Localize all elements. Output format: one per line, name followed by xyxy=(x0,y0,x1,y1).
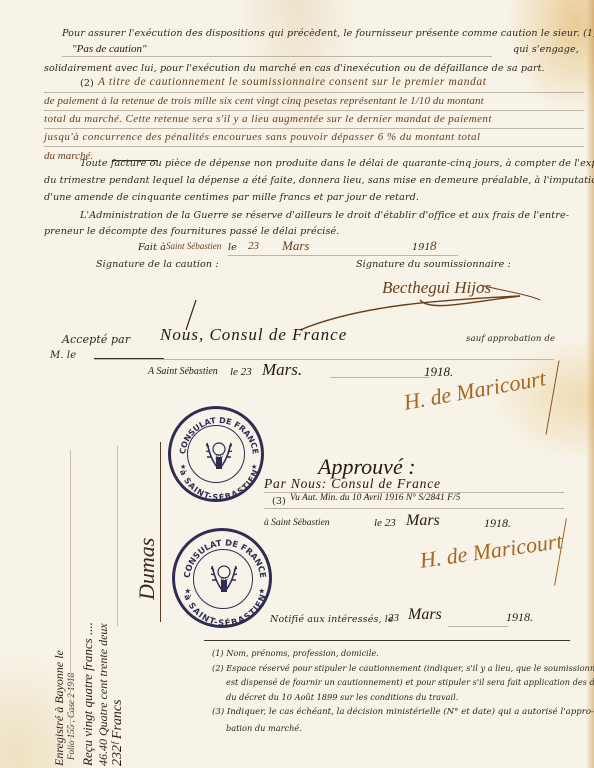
svg-text:★: ★ xyxy=(251,463,257,471)
approuve-place: à Saint Sébastien xyxy=(264,518,329,528)
notifie-day: 23 xyxy=(388,612,399,624)
registration-line5: 232ᶠ Francs xyxy=(110,699,126,766)
notifie-month: Mars xyxy=(408,606,442,624)
republic-emblem-icon: RF xyxy=(203,437,235,477)
consulate-stamp-1: CONSULAT DE FRANCE à SAINT-SÉBASTIEN ★ ★… xyxy=(168,406,264,502)
notifie-year: 1918. xyxy=(506,610,533,625)
registration-line1: Enregistré à Bayonne le xyxy=(52,650,67,766)
m-le-label: M. le xyxy=(50,350,76,361)
accepte-day: le 23 xyxy=(230,366,252,378)
accepte-by: Nous, Consul de France xyxy=(160,325,347,345)
approuve-month: Mars xyxy=(406,512,440,530)
registration-line4: 46.40 Quatre cent trente deux xyxy=(96,623,111,766)
approuve-rule-2 xyxy=(264,508,564,509)
notifie-rule xyxy=(448,626,508,627)
svg-text:RF: RF xyxy=(220,577,229,584)
registration-signature: Dumas xyxy=(134,538,160,600)
accepte-par-label: Accepté par xyxy=(62,333,130,346)
accepte-date-rule xyxy=(330,377,430,378)
approuve-year: 1918. xyxy=(484,516,511,531)
approuve-day: le 23 xyxy=(374,517,396,529)
accepte-year: 1918. xyxy=(424,364,453,380)
registration-rule-1 xyxy=(70,450,71,750)
svg-text:★: ★ xyxy=(258,587,265,596)
registration-line2: Folio 155 , Case 2 1918 xyxy=(66,673,76,760)
footnote-2-line2: est dispensé de fournir un cautionnement… xyxy=(226,677,594,687)
accepte-month: Mars. xyxy=(262,360,302,380)
svg-text:★: ★ xyxy=(180,463,186,471)
svg-text:RF: RF xyxy=(215,454,224,461)
footnote-1: (1) Nom, prénoms, profession, domicile. xyxy=(212,648,379,658)
footnote-3-line1: (3) Indiquer, le cas échéant, la décisio… xyxy=(212,707,594,717)
notifie-label: Notifié aux intéressés, le xyxy=(270,614,394,625)
republic-emblem-icon: RF xyxy=(208,560,240,600)
footnote-3-line2: bation du marché. xyxy=(226,723,302,733)
registration-bracket xyxy=(160,442,161,622)
svg-text:★: ★ xyxy=(184,587,191,596)
footnote-2-line1: (2) Espace réservé pour stipuler le caut… xyxy=(212,663,594,673)
consulate-stamp-2: CONSULAT DE FRANCE à SAINT-SÉBASTIEN ★ ★… xyxy=(172,528,272,628)
m-le-rule xyxy=(94,359,554,360)
footnote-separator xyxy=(204,640,570,641)
sauf-approbation-label: sauf approbation de xyxy=(466,334,555,344)
footnote-2-line3: du décret du 10 Août 1899 sur les condit… xyxy=(226,692,458,702)
decision-ref: Vu Aut. Min. du 10 Avril 1916 N° S/2841 … xyxy=(290,493,460,503)
decision-marker: (3) xyxy=(272,496,286,507)
approuve-by: Par Nous: Consul de France xyxy=(264,476,441,492)
registration-rule-2 xyxy=(117,446,118,626)
registration-line3: Reçu vingt quatre francs .... xyxy=(80,622,96,766)
accepte-place: A Saint Sébastien xyxy=(148,366,218,377)
